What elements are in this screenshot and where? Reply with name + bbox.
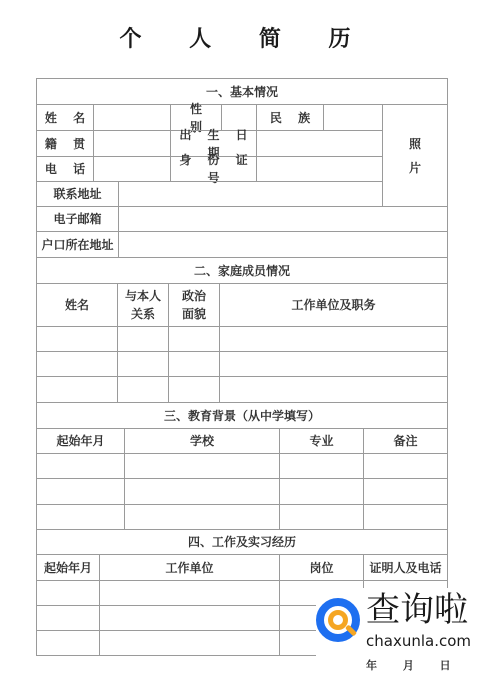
watermark-cn: 查询啦 <box>366 590 468 630</box>
page-title: 个 人 简 历 <box>0 22 490 53</box>
photo-box[interactable]: 照 片 <box>382 104 448 207</box>
family-row-3-work[interactable] <box>219 376 448 403</box>
edu-row-1-notes[interactable] <box>363 453 448 479</box>
col-edu-major: 专业 <box>279 428 364 454</box>
label-ethnicity: 民 族 <box>256 104 324 131</box>
col-family-work: 工作单位及职务 <box>219 283 448 327</box>
field-birthdate[interactable] <box>256 130 383 157</box>
label-id-number: 身 份 证 号 <box>170 156 257 182</box>
col-family-political-line1: 政治 <box>182 287 206 305</box>
work-row-3-start[interactable] <box>36 630 100 656</box>
watermark-logo: 查询啦 chaxunla.com <box>316 588 486 660</box>
label-hometown: 籍 贯 <box>36 130 94 157</box>
work-row-3-employer[interactable] <box>99 630 280 656</box>
section-header-work: 四、工作及实习经历 <box>36 529 448 555</box>
edu-row-1-start[interactable] <box>36 453 125 479</box>
family-row-3-political[interactable] <box>168 376 220 403</box>
family-row-2-relation[interactable] <box>117 351 169 377</box>
family-row-2-political[interactable] <box>168 351 220 377</box>
family-row-1-name[interactable] <box>36 326 118 352</box>
edu-row-2-major[interactable] <box>279 478 364 505</box>
family-row-1-political[interactable] <box>168 326 220 352</box>
work-row-2-employer[interactable] <box>99 605 280 631</box>
col-family-name: 姓名 <box>36 283 118 327</box>
field-id-number[interactable] <box>256 156 383 182</box>
family-row-3-relation[interactable] <box>117 376 169 403</box>
label-phone: 电 话 <box>36 156 94 182</box>
col-family-political-line2: 面貌 <box>182 305 206 323</box>
col-work-start: 起始年月 <box>36 554 100 581</box>
label-email: 电子邮箱 <box>36 206 119 232</box>
edu-row-3-major[interactable] <box>279 504 364 530</box>
label-address: 联系地址 <box>36 181 119 207</box>
edu-row-2-school[interactable] <box>124 478 280 505</box>
edu-row-3-start[interactable] <box>36 504 125 530</box>
photo-label-2: 片 <box>409 159 421 177</box>
photo-label-1: 照 <box>409 135 421 153</box>
edu-row-2-notes[interactable] <box>363 478 448 505</box>
col-work-reference: 证明人及电话 <box>363 554 448 581</box>
col-family-relation: 与本人 关系 <box>117 283 169 327</box>
edu-row-1-major[interactable] <box>279 453 364 479</box>
section-header-family: 二、家庭成员情况 <box>36 257 448 284</box>
family-row-1-work[interactable] <box>219 326 448 352</box>
col-work-employer: 工作单位 <box>99 554 280 581</box>
col-edu-notes: 备注 <box>363 428 448 454</box>
label-hukou: 户口所在地址 <box>36 231 119 258</box>
edu-row-2-start[interactable] <box>36 478 125 505</box>
family-row-1-relation[interactable] <box>117 326 169 352</box>
field-name[interactable] <box>93 104 171 131</box>
edu-row-3-school[interactable] <box>124 504 280 530</box>
section-header-basic: 一、基本情况 <box>36 78 448 105</box>
field-email[interactable] <box>118 206 448 232</box>
family-row-2-name[interactable] <box>36 351 118 377</box>
col-family-relation-line1: 与本人 <box>125 287 161 305</box>
work-row-1-employer[interactable] <box>99 580 280 606</box>
col-work-position: 岗位 <box>279 554 364 581</box>
field-hukou[interactable] <box>118 231 448 258</box>
family-row-3-name[interactable] <box>36 376 118 403</box>
edu-row-3-notes[interactable] <box>363 504 448 530</box>
col-edu-school: 学校 <box>124 428 280 454</box>
edu-row-1-school[interactable] <box>124 453 280 479</box>
field-address[interactable] <box>118 181 383 207</box>
resume-form-table: 一、基本情况 姓 名 性 别 民 族 籍 贯 出 生 日 期 电 话 身 份 证… <box>36 78 448 656</box>
col-family-political: 政治 面貌 <box>168 283 220 327</box>
field-ethnicity[interactable] <box>323 104 383 131</box>
work-row-1-start[interactable] <box>36 580 100 606</box>
col-edu-start: 起始年月 <box>36 428 125 454</box>
section-header-education: 三、教育背景（从中学填写） <box>36 402 448 429</box>
watermark-en: chaxunla.com <box>366 632 471 650</box>
family-row-2-work[interactable] <box>219 351 448 377</box>
col-family-relation-line2: 关系 <box>131 305 155 323</box>
label-name: 姓 名 <box>36 104 94 131</box>
field-phone[interactable] <box>93 156 171 182</box>
field-hometown[interactable] <box>93 130 171 157</box>
work-row-2-start[interactable] <box>36 605 100 631</box>
signature-date: 年 月 日 <box>366 657 451 673</box>
